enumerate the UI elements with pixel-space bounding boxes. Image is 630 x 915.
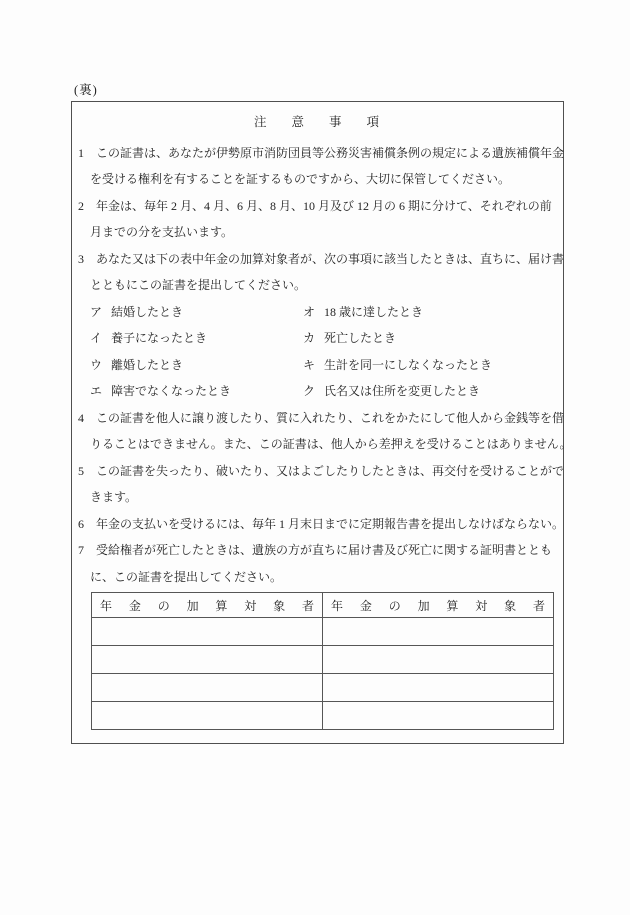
event-text: 生計を同一にしなくなったとき [324,358,492,372]
note-line: 5この証書を失ったり、破いたり、又はよごしたりしたときは、再交付を受けることがで [77,458,556,485]
event-row: イ養子になったとき カ死亡したとき [77,325,556,352]
table-header-cell: 年 金 の 加 算 対 象 者 [92,593,323,618]
note-text: この証書を他人に譲り渡したり、質に入れたり、これをかたにして他人から金銭等を借 [96,411,564,425]
event-label: ク [303,378,324,405]
event-label: オ [303,299,324,326]
note-line: とともにこの証書を提出してください。 [77,272,556,299]
note-text: 受給権者が死亡したときは、遺族の方が直ちに届け書及び死亡に関する証明書ととも [96,543,552,557]
event-row: エ障害でなくなったとき ク氏名又は住所を変更したとき [77,378,556,405]
note-item: 1この証書は、あなたが伊勢原市消防団員等公務災害補償条例の規定による遺族補償年金… [77,140,556,193]
document-page: (裏) 注 意 事 項 1この証書は、あなたが伊勢原市消防団員等公務災害補償条例… [0,0,630,915]
event-item: イ養子になったとき [90,325,303,352]
event-item: カ死亡したとき [303,325,396,352]
event-row: ア結婚したとき オ18 歳に達したとき [77,299,556,326]
table-row [92,702,554,730]
table-empty-cell [323,646,554,674]
note-line: を受ける権利を有することを証するものですから、大切に保管してください。 [77,166,556,193]
event-label: ウ [90,352,111,379]
event-text: 障害でなくなったとき [111,384,231,398]
note-number: 5 [78,458,96,485]
table-empty-cell [92,618,323,646]
note-text: この証書を失ったり、破いたり、又はよごしたりしたときは、再交付を受けることがで [96,464,564,478]
note-item: 4この証書を他人に譲り渡したり、質に入れたり、これをかたにして他人から金銭等を借… [77,405,556,458]
note-text: 年金の支払いを受けるには、毎年 1 月末日までに定期報告書を提出しなけばならない… [96,517,564,531]
table-row [92,646,554,674]
event-text: 離婚したとき [111,358,183,372]
note-item: 7受給権者が死亡したときは、遺族の方が直ちに届け書及び死亡に関する証明書ととも … [77,537,556,590]
table-row [92,618,554,646]
event-text: 18 歳に達したとき [324,305,423,319]
note-line: 月までの分を支払います。 [77,219,556,246]
note-number: 4 [78,405,96,432]
event-item: キ生計を同一にしなくなったとき [303,352,492,379]
note-line: 1この証書は、あなたが伊勢原市消防団員等公務災害補償条例の規定による遺族補償年金 [77,140,556,167]
event-label: イ [90,325,111,352]
note-number: 2 [78,193,96,220]
note-text: 年金は、毎年 2 月、4 月、6 月、8 月、10 月及び 12 月の 6 期に… [96,199,552,213]
event-item: エ障害でなくなったとき [90,378,303,405]
table-empty-cell [323,618,554,646]
note-line: 4この証書を他人に譲り渡したり、質に入れたり、これをかたにして他人から金銭等を借 [77,405,556,432]
note-number: 7 [78,537,96,564]
event-label: エ [90,378,111,405]
event-text: 結婚したとき [111,305,183,319]
note-number: 6 [78,511,96,538]
event-item: ウ離婚したとき [90,352,303,379]
note-line: 3あなた又は下の表中年金の加算対象者が、次の事項に該当したときは、直ちに、届け書 [77,246,556,273]
table-empty-cell [92,674,323,702]
table-row [92,674,554,702]
note-line: に、この証書を提出してください。 [77,564,556,591]
table-header-row: 年 金 の 加 算 対 象 者 年 金 の 加 算 対 象 者 [92,593,554,618]
event-label: カ [303,325,324,352]
note-line: りることはできません。また、この証書は、他人から差押えを受けることはありません。 [77,431,556,458]
event-row: ウ離婚したとき キ生計を同一にしなくなったとき [77,352,556,379]
event-text: 養子になったとき [111,331,207,345]
event-item: ク氏名又は住所を変更したとき [303,378,480,405]
note-item: 6年金の支払いを受けるには、毎年 1 月末日までに定期報告書を提出しなけばならな… [77,511,556,538]
event-label: ア [90,299,111,326]
note-item: 3あなた又は下の表中年金の加算対象者が、次の事項に該当したときは、直ちに、届け書… [77,246,556,299]
table-empty-cell [92,702,323,730]
event-text: 死亡したとき [324,331,396,345]
note-line: 2年金は、毎年 2 月、4 月、6 月、8 月、10 月及び 12 月の 6 期… [77,193,556,220]
event-item: オ18 歳に達したとき [303,299,423,326]
page-title: 注 意 事 項 [77,109,556,136]
note-line: きます。 [77,484,556,511]
note-line: 7受給権者が死亡したときは、遺族の方が直ちに届け書及び死亡に関する証明書ととも [77,537,556,564]
table-empty-cell [323,702,554,730]
note-number: 1 [78,140,96,167]
note-text: この証書は、あなたが伊勢原市消防団員等公務災害補償条例の規定による遺族補償年金 [96,146,564,160]
notice-frame: 注 意 事 項 1この証書は、あなたが伊勢原市消防団員等公務災害補償条例の規定に… [71,101,564,744]
event-item: ア結婚したとき [90,299,303,326]
note-item: 2年金は、毎年 2 月、4 月、6 月、8 月、10 月及び 12 月の 6 期… [77,193,556,246]
table-header-cell: 年 金 の 加 算 対 象 者 [323,593,554,618]
note-item: 5この証書を失ったり、破いたり、又はよごしたりしたときは、再交付を受けることがで… [77,458,556,511]
note-text: あなた又は下の表中年金の加算対象者が、次の事項に該当したときは、直ちに、届け書 [96,252,564,266]
event-list: ア結婚したとき オ18 歳に達したとき イ養子になったとき カ死亡したとき ウ離… [77,299,556,405]
event-text: 氏名又は住所を変更したとき [324,384,480,398]
table-empty-cell [323,674,554,702]
event-label: キ [303,352,324,379]
table-empty-cell [92,646,323,674]
side-label: (裏) [74,80,98,98]
addition-target-table: 年 金 の 加 算 対 象 者 年 金 の 加 算 対 象 者 [91,592,554,730]
note-line: 6年金の支払いを受けるには、毎年 1 月末日までに定期報告書を提出しなけばならな… [77,511,556,538]
note-number: 3 [78,246,96,273]
